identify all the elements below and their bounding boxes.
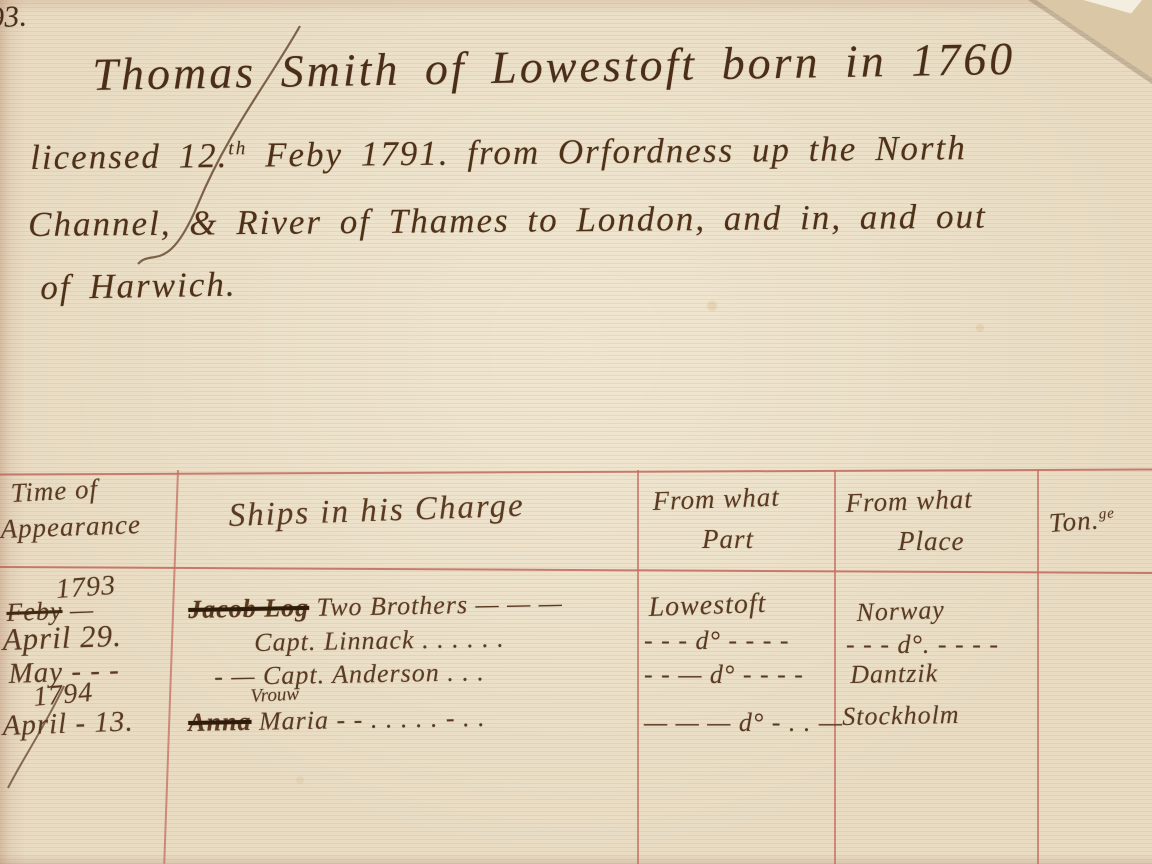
col-header-ships: Ships in his Charge <box>228 488 525 535</box>
heading-route-line: Channel, & River of Thames to London, an… <box>28 197 987 245</box>
ship-cell-row1: Jacob Log Two Brothers — — — <box>188 588 563 625</box>
col-header-tonnage: Ton.ge <box>1048 503 1116 539</box>
time-cell-row4: April - 13. <box>2 705 134 743</box>
part-cell-row1: Lowestoft <box>648 588 767 624</box>
part-cell-row3: - - — d° - - - - <box>644 660 804 690</box>
col-header-time-line1: Time of <box>10 473 99 509</box>
part-cell-row2: - - - d° - - - - <box>644 626 790 656</box>
license-text-post: Feby 1791. from Orfordness up the North <box>247 128 967 175</box>
col-header-place-line2: Place <box>898 526 964 557</box>
tonnage-text: Ton. <box>1048 504 1100 537</box>
license-superscript: th <box>228 138 247 159</box>
time-cell-row2: April 29. <box>2 618 122 658</box>
table-col-divider-1 <box>163 470 178 864</box>
ship-jacob-log-struck: Jacob Log <box>188 593 309 624</box>
license-text-pre: licensed 12. <box>30 136 229 177</box>
page-number: 93. <box>0 0 28 36</box>
manuscript-page: 93. Thomas Smith of Lowestoft born in 17… <box>0 0 1152 864</box>
table-top-rule <box>0 468 1152 475</box>
torn-corner <box>1036 0 1152 78</box>
ship-anna-struck: Anna <box>188 707 252 737</box>
heading-name-line: Thomas Smith of Lowestoft born in 1760 <box>92 32 1016 101</box>
col-header-place-line1: From what <box>845 484 973 519</box>
tonnage-superscript: ge <box>1098 505 1115 522</box>
heading-license-line: licensed 12.th Feby 1791. from Orfordnes… <box>30 128 967 178</box>
place-cell-row3: Dantzik <box>850 658 938 690</box>
ship-two-brothers: Two Brothers — — — <box>309 588 563 621</box>
table-col-divider-4 <box>1037 470 1039 864</box>
pen-flourish-strokes <box>0 0 1152 864</box>
col-header-part-line2: Part <box>702 524 754 555</box>
col-header-time-line2: Appearance <box>0 509 141 545</box>
part-cell-row4: — — — d° - . . — <box>644 708 843 738</box>
place-cell-row4: Stockholm <box>842 700 960 732</box>
ship-cell-row2: Capt. Linnack . . . . . . <box>254 624 505 658</box>
heading-harwich-line: of Harwich. <box>40 265 237 308</box>
place-cell-row1: Norway <box>856 595 945 628</box>
place-cell-row2: - - - d°. - - - - <box>846 630 999 660</box>
col-header-part-line1: From what <box>652 482 780 517</box>
ship-maria: Maria - - . . . . . - . . <box>251 703 485 736</box>
table-col-divider-2 <box>637 470 639 864</box>
table-col-divider-3 <box>834 470 836 864</box>
ship-cell-row4: Anna Maria - - . . . . . - . . <box>188 703 486 738</box>
ship-vrouw-insertion: Vrouw <box>250 683 300 708</box>
